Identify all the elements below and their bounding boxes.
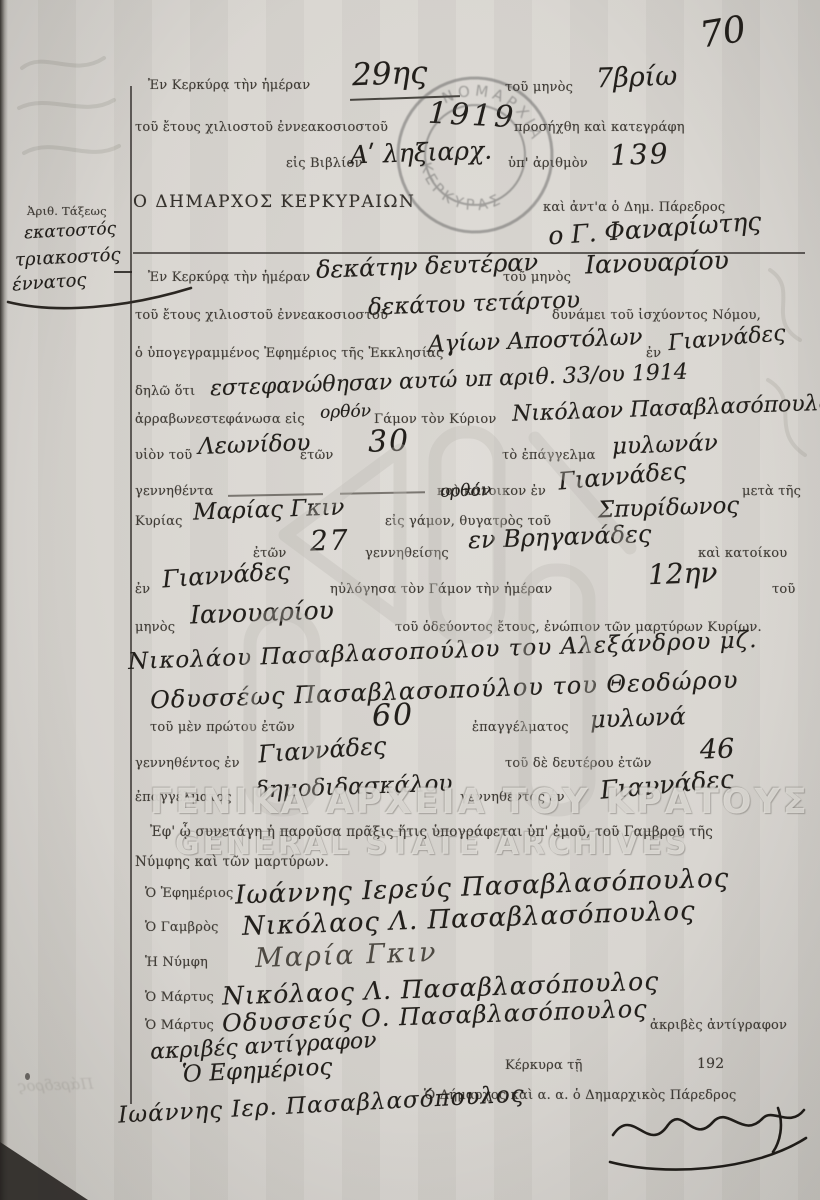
priest-signature-bottom: Ιωάννης Ιερ. Πασαβλασόπουλος	[118, 1081, 526, 1128]
margin-vertical-rule	[130, 86, 132, 1104]
closing-line1: Ἐφ' ᾧ συνετάγη ἡ παροῦσα πρᾶξις ἥτις ὑπο…	[150, 824, 713, 840]
header-month-handwritten: 7βρίω	[595, 61, 677, 95]
body-l7-printed3: μετὰ τῆς	[742, 484, 801, 499]
body-l1-printed2: τοῦ μηνὸς	[503, 270, 571, 285]
margin-handwritten-line: τριακοστός	[15, 244, 122, 270]
certified-copy-printed: ἀκριβὲς ἀντίγραφον	[650, 1018, 787, 1033]
body-l7-printed: γεννηθέντα	[135, 484, 214, 499]
closing-line2: Νύμφης καὶ τῶν μαρτύρων.	[135, 854, 329, 870]
archive-monogram-watermark	[225, 420, 645, 820]
witness1-label: Ὁ Μάρτυς	[145, 990, 214, 1005]
watermark-greek-text: ΓΕΝΙΚΑ ΑΡΧΕΙΑ ΤΟΥ ΚΡΑΤΟΥΣ	[150, 782, 810, 822]
witness2-label: Ὁ Μάρτυς	[145, 1018, 214, 1033]
body-l11-printed: μηνὸς	[135, 620, 175, 635]
folio-number: 70	[697, 9, 749, 57]
entry-start-dash	[114, 271, 132, 273]
header-number-handwritten: 139	[609, 137, 670, 172]
bleed-through-mark	[14, 48, 124, 198]
body-l4-printed: δηλῶ ὅτι	[135, 384, 195, 399]
priest-label: Ὁ Ἐφημέριος	[145, 886, 234, 901]
margin-label: Ἀριθ. Τάξεως	[27, 204, 107, 218]
deputy-mayor-signature	[608, 1100, 813, 1175]
groom-label: Ὁ Γαμβρὸς	[145, 920, 219, 935]
body-l2-printed2: δυνάμει τοῦ ἰσχύοντος Νόμου,	[552, 308, 761, 323]
body-l8-printed: Κυρίας	[135, 514, 183, 529]
ink-speck	[25, 1073, 30, 1080]
body-l10-printed: ἐν	[135, 582, 150, 597]
binding-edge-shadow	[0, 0, 8, 1200]
bride-signature: Μαρία Γκιν	[255, 937, 439, 974]
body-l10-printed3: τοῦ	[772, 582, 796, 597]
body-l6-printed: υἱὸν τοῦ	[135, 448, 192, 463]
body-l2-printed: τοῦ ἔτους χιλιοστοῦ ἐννεακοσιοστοῦ	[135, 308, 388, 323]
body-l1-month-handwritten: Ιανουαρίου	[585, 245, 730, 279]
body-l15-age-handwritten: 46	[699, 733, 734, 765]
header-line1-printed: Ἐν Κερκύρᾳ τὴν ἡμέραν	[148, 78, 310, 93]
scanned-marriage-record-page: 70 Πάρεδρος Ἐν Κερκύρᾳ τὴν ἡμέραν 29ης τ…	[0, 0, 820, 1200]
body-l3-church-handwritten: Αγίων Αποστόλων	[428, 324, 643, 357]
body-l3-printed: ὁ ὑπογεγραμμένος Ἐφημέριος τῆς Ἐκκλησίας	[135, 346, 444, 361]
body-l4-declaration-handwritten: εστεφανώθησαν αυτώ υπ αριθ. 33/ου 1914	[210, 360, 688, 402]
body-l2-year-handwritten: δεκάτου τετάρτου	[368, 287, 581, 320]
body-l15-printed: γεννηθέντος ἐν	[135, 756, 240, 771]
stamp-arc-top-text: ΝΟΜΑΡΧΙΑ	[434, 64, 558, 150]
svg-text:ΝΟΜΑΡΧΙΑ: ΝΟΜΑΡΧΙΑ	[434, 64, 558, 150]
body-l10-day-handwritten: 12ην	[647, 556, 718, 591]
body-l3-printed2: ἐν	[646, 346, 661, 361]
bleed-through-mark	[760, 260, 815, 470]
page-corner-shadow	[0, 1142, 88, 1200]
preprinted-year: 192	[697, 1056, 724, 1072]
bride-label: Ἡ Νύμφη	[145, 955, 208, 970]
header-line2-printed: τοῦ ἔτους χιλιοστοῦ ἐννεακοσιοστοῦ	[135, 120, 388, 135]
stamp-arc-bottom-text: ΚΕΡΚΥΡΑΣ	[406, 155, 511, 230]
place-date-line: Κέρκυρα τῇ	[505, 1058, 583, 1073]
body-l1-printed: Ἐν Κερκύρᾳ τὴν ἡμέραν	[148, 270, 310, 285]
margin-handwritten-line: εκατοστός	[24, 219, 117, 244]
svg-text:ΚΕΡΚΥΡΑΣ: ΚΕΡΚΥΡΑΣ	[406, 155, 511, 230]
